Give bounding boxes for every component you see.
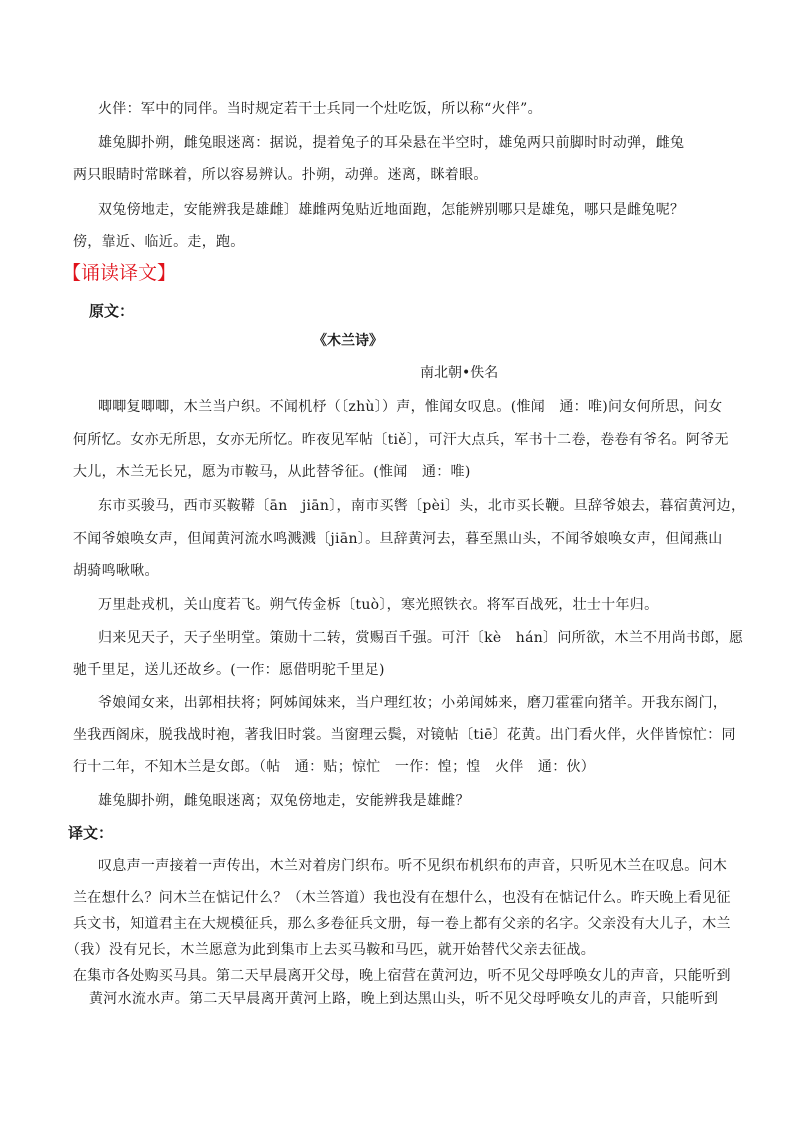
section-heading: 【诵读译文】 bbox=[62, 262, 176, 284]
poem-line: 雄兔脚扑朔，雌兔眼迷离；双兔傍地走，安能辨我是雄雌？ bbox=[98, 793, 470, 809]
original-label: 原文： bbox=[89, 302, 134, 320]
poem-line: 唧唧复唧唧，木兰当户织。不闻机杼（〔zhù〕）声，惟闻女叹息。(惟闻 通：唯)问… bbox=[98, 399, 722, 415]
poem-line: 胡骑鸣啾啾。 bbox=[73, 563, 159, 579]
translation-line: （我）没有兄长，木兰愿意为此到集市上去买马鞍和马匹，就开始替代父亲去征战。 bbox=[66, 942, 595, 958]
poem-line: 何所忆。女亦无所思，女亦无所忆。昨夜见军帖〔tiě〕，可汗大点兵，军书十二卷，卷… bbox=[73, 432, 729, 448]
translation-line: 叹息声一声接着一声传出，木兰对着房门织布。听不见织布机织布的声音，只听见木兰在叹… bbox=[98, 858, 727, 874]
poem-line: 坐我西阁床，脱我战时袍，著我旧时裳。当窗理云鬓，对镜帖〔tiē〕花黄。出门看火伴… bbox=[73, 727, 736, 743]
note-line: 雄兔脚扑朔，雌兔眼迷离：据说，提着兔子的耳朵悬在半空时，雄兔两只前脚时时动弹，雌… bbox=[98, 135, 684, 151]
note-line: 双兔傍地走，安能辨我是雄雌〕雄雌两兔贴近地面跑，怎能辨别哪只是雄兔，哪只是雌兔呢… bbox=[98, 202, 684, 218]
translation-line: 黄河水流水声。第二天早晨离开黄河上路，晚上到达黑山头，听不见父母呼唤女儿的声音，… bbox=[89, 991, 718, 1007]
poem-title: 《木兰诗》 bbox=[313, 333, 383, 349]
note-line: 火伴：军中的同伴。当时规定若干士兵同一个灶吃饭，所以称“火伴”。 bbox=[98, 101, 542, 117]
translation-label: 译文： bbox=[68, 824, 113, 842]
poem-line: 大儿，木兰无长兄，愿为市鞍马，从此替爷征。(惟闻 通：唯) bbox=[73, 464, 471, 480]
poem-line: 万里赴戎机，关山度若飞。朔气传金柝〔tuò〕，寒光照铁衣。将军百战死，壮士十年归… bbox=[98, 597, 658, 613]
poem-line: 驰千里足，送儿还故乡。(一作：愿借明驼千里足) bbox=[73, 662, 385, 678]
note-line: 傍，靠近、临近。走，跑。 bbox=[73, 234, 245, 250]
poem-line: 爷娘闻女来，出郭相扶将；阿姊闻妹来，当户理红妆；小弟闻姊来，磨刀霍霍向猪羊。开我… bbox=[98, 695, 727, 711]
poem-line: 东市买骏马，西市买鞍鞯〔ān jiān〕，南市买辔〔pèi〕头，北市买长鞭。旦辞… bbox=[98, 498, 745, 514]
translation-line: 兵文书，知道君主在大规模征兵，那么多卷征兵文册，每一卷上都有父亲的名字。父亲没有… bbox=[73, 916, 731, 932]
translation-line: 兰在想什么？问木兰在惦记什么？（木兰答道）我也没有在想什么，也没有在惦记什么。昨… bbox=[73, 890, 731, 906]
poem-line: 行十二年，不知木兰是女郎。（帖 通：贴；惊忙 一作：惶；惶 火伴 通：伙） bbox=[73, 759, 595, 775]
poem-line: 归来见天子，天子坐明堂。策勋十二转，赏赐百千强。可汗〔kè hán〕问所欲，木兰… bbox=[98, 630, 743, 646]
poem-line: 不闻爷娘唤女声，但闻黄河流水鸣溅溅〔jiān〕。旦辞黄河去，暮至黑山头，不闻爷娘… bbox=[73, 531, 723, 547]
translation-line: 在集市各处购买马具。第二天早晨离开父母，晚上宿营在黄河边，听不见父母呼唤女儿的声… bbox=[73, 968, 731, 984]
poem-author: 南北朝•佚名 bbox=[420, 365, 498, 381]
note-line: 两只眼睛时常眯着，所以容易辨认。扑朔，动弹。迷离，眯着眼。 bbox=[73, 167, 488, 183]
